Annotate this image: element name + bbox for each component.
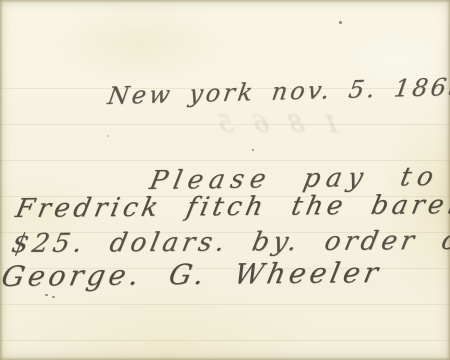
ink-bleedthrough: 1865 (195, 110, 342, 138)
date-line: New york nov. 5. 1865 (106, 73, 450, 111)
document-page: 1865 New york nov. 5. 1865 Please pay to… (0, 0, 450, 360)
body-line-payee: Fredrick fitch the barer (13, 190, 450, 224)
body-line-amount: $25. dolars. by. order of (9, 226, 450, 259)
ink-speck (107, 135, 109, 137)
ink-speck (45, 294, 48, 296)
signature-line: George. G. Wheeler (0, 256, 385, 293)
ink-speck (252, 149, 254, 151)
ink-speck (339, 21, 342, 24)
